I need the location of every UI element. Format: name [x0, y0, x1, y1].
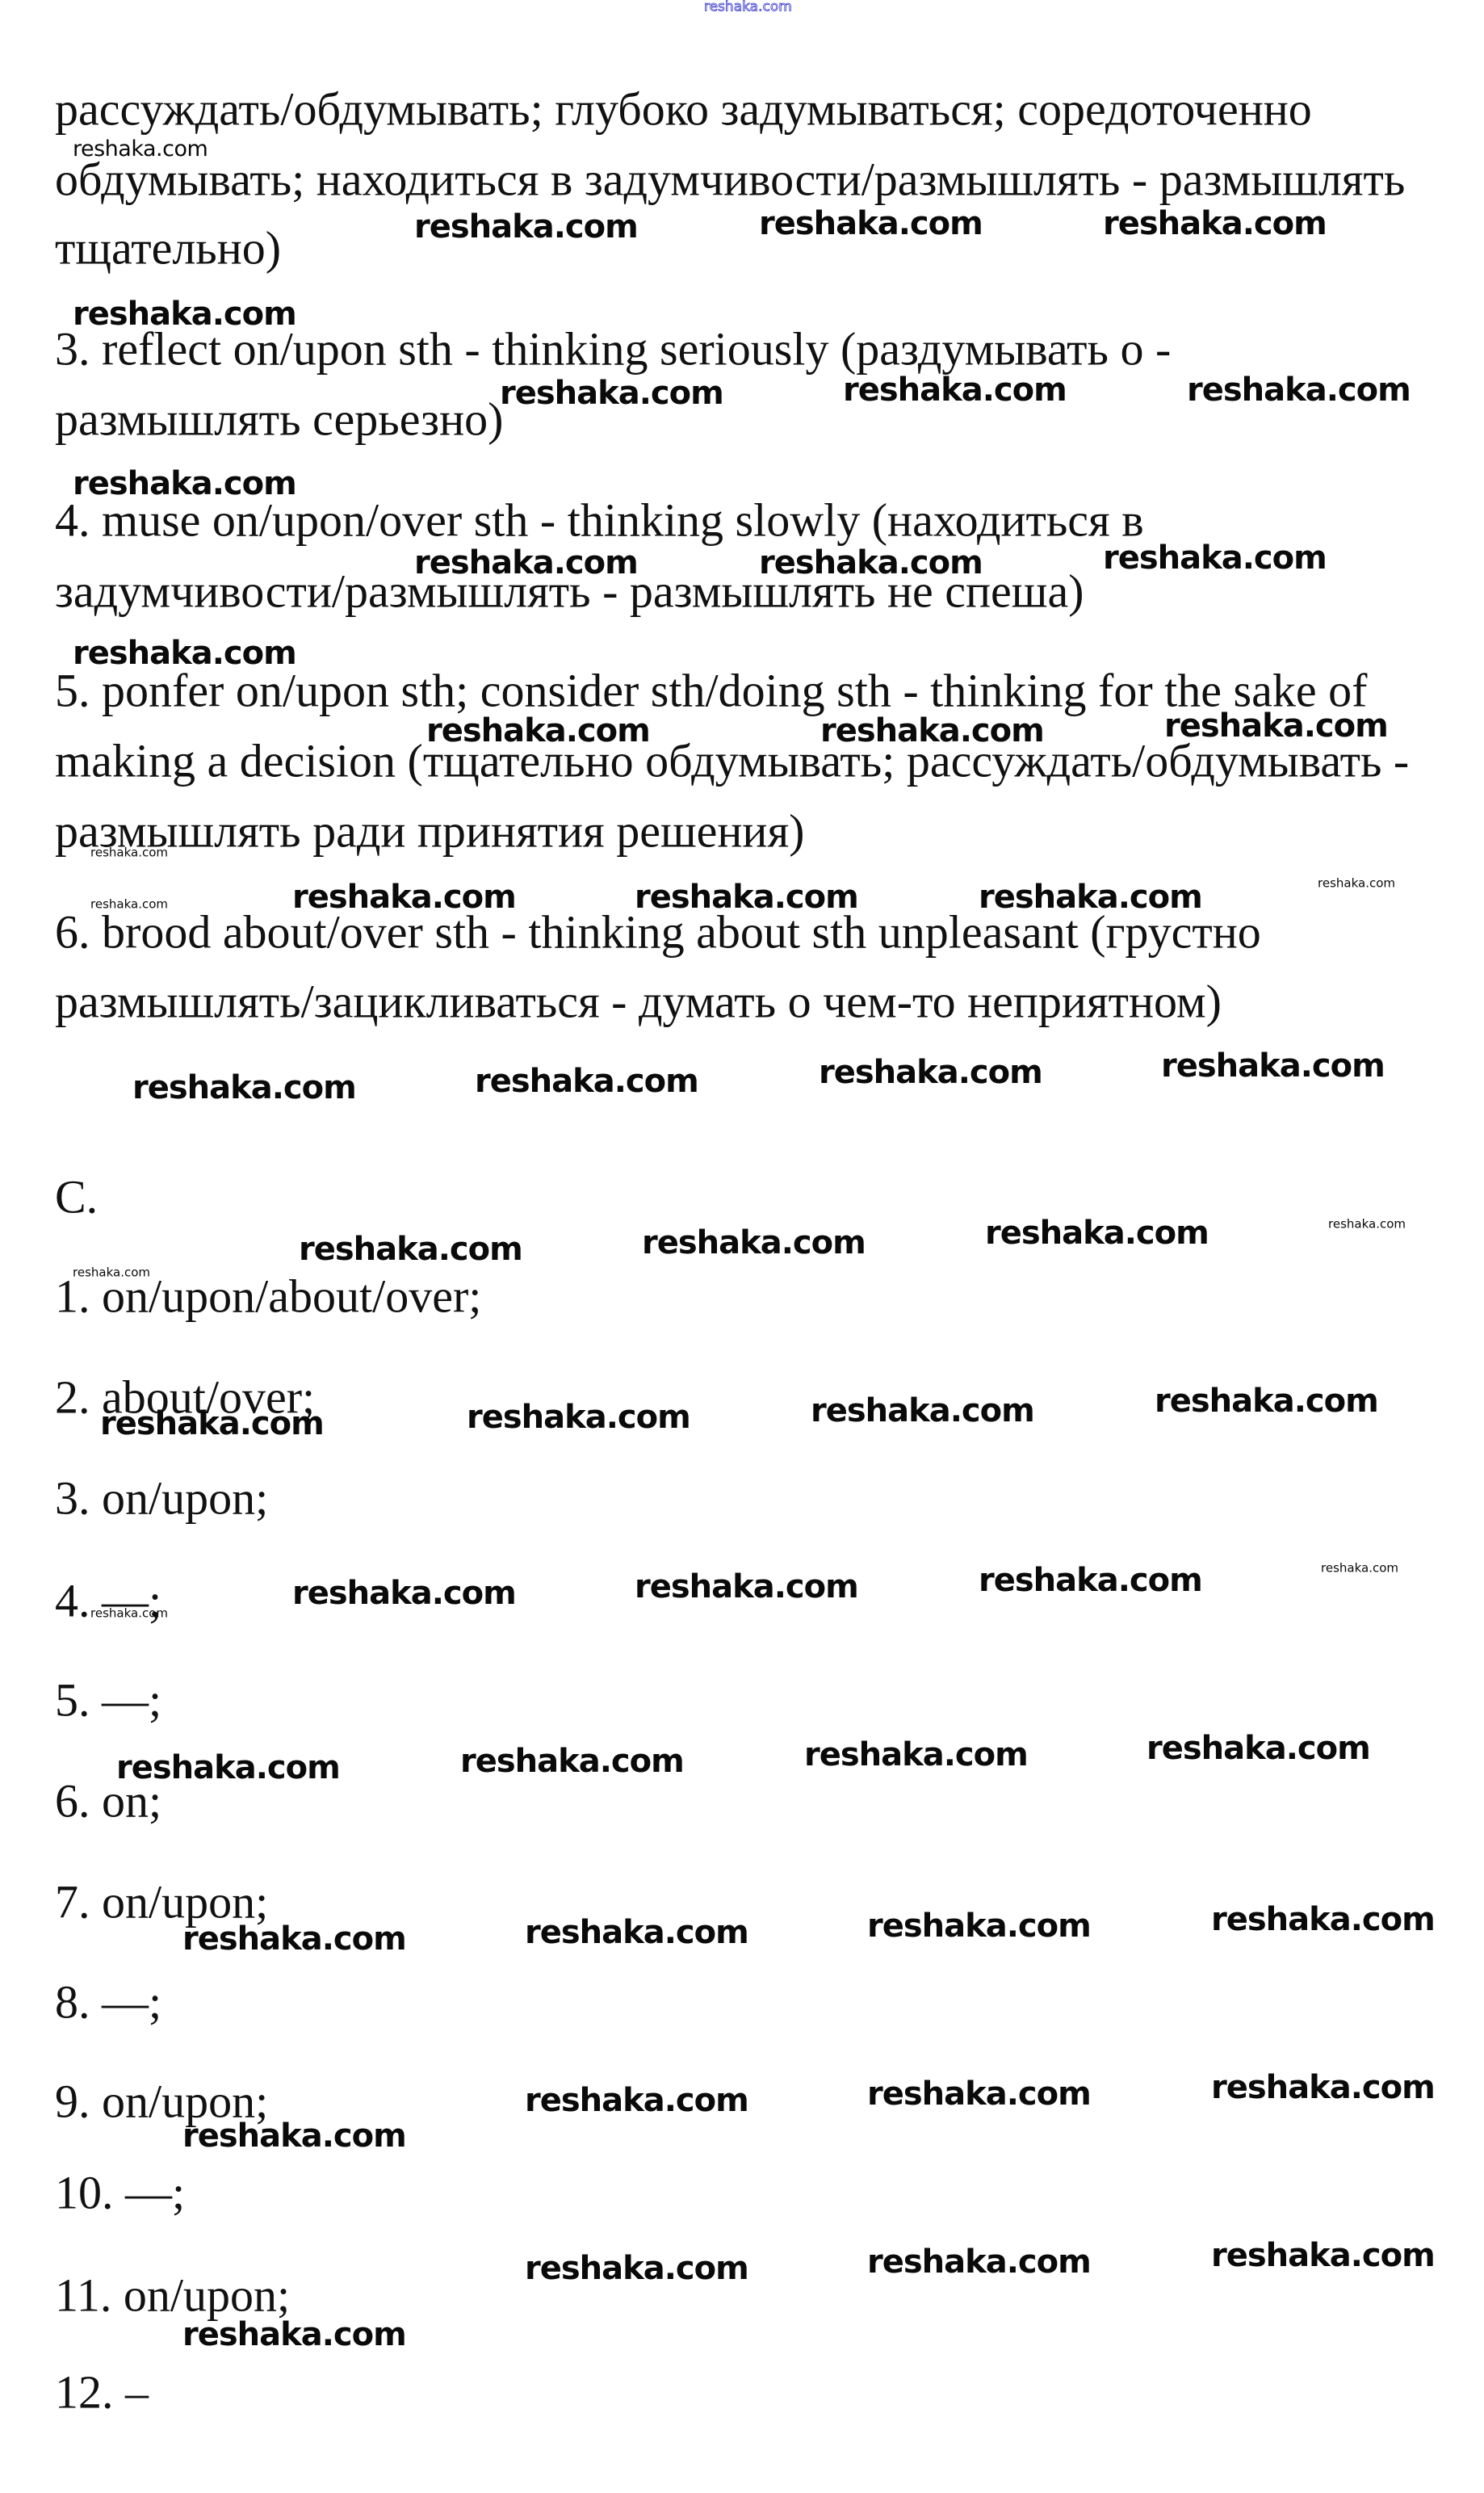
watermark: reshaka.com — [90, 898, 168, 910]
definition-item-3: 3. reflect on/upon sth - thinking seriou… — [55, 326, 1171, 373]
watermark: reshaka.com — [1155, 1385, 1378, 1417]
watermark: reshaka.com — [132, 1072, 356, 1104]
watermark: reshaka.com — [811, 1395, 1034, 1427]
watermark: reshaka.com — [1164, 710, 1388, 742]
watermark: reshaka.com — [525, 2084, 748, 2117]
watermark: reshaka.com — [635, 881, 858, 913]
watermark: reshaka.com — [642, 1227, 866, 1259]
watermark: reshaka.com — [182, 2120, 406, 2152]
watermark: reshaka.com — [1328, 1218, 1406, 1230]
definition-item-4: 4. muse on/upon/over sth - thinking slow… — [55, 497, 1144, 544]
watermark: reshaka.com — [1161, 1050, 1385, 1082]
watermark: reshaka.com — [475, 1065, 698, 1098]
answer-3: 3. on/upon; — [55, 1475, 268, 1522]
answer-8: 8. —; — [55, 1979, 161, 2026]
watermark: reshaka.com — [1318, 877, 1395, 889]
watermark: reshaka.com — [1147, 1732, 1370, 1765]
definition-item-3-cont: размышлять серьезно) — [55, 397, 503, 443]
watermark: reshaka.com — [426, 715, 650, 747]
continued-text-line: рассуждать/обдумывать; глубоко задумыват… — [55, 86, 1312, 133]
watermark: reshaka.com — [414, 547, 638, 579]
watermark: reshaka.com — [460, 1745, 684, 1777]
watermark: reshaka.com — [819, 1056, 1042, 1089]
answer-11: 11. on/upon; — [55, 2273, 290, 2319]
document-page: reshaka.com рассуждать/обдумывать; глубо… — [0, 0, 1484, 2493]
watermark: reshaka.com — [804, 1739, 1028, 1771]
answer-12: 12. – — [55, 2369, 149, 2416]
watermark: reshaka.com — [467, 1401, 690, 1433]
watermark: reshaka.com — [73, 637, 296, 669]
watermark: reshaka.com — [635, 1571, 858, 1603]
watermark: reshaka.com — [182, 2319, 406, 2351]
continued-text-line: обдумывать; находиться в задумчивости/ра… — [55, 157, 1405, 204]
watermark: reshaka.com — [100, 1408, 324, 1440]
watermark: reshaka.com — [500, 377, 723, 409]
watermark: reshaka.com — [979, 881, 1202, 913]
watermark: reshaka.com — [292, 1577, 516, 1610]
watermark: reshaka.com — [1103, 208, 1327, 240]
definition-item-5-cont: making a decision (тщательно обдумывать;… — [55, 738, 1409, 785]
watermark: reshaka.com — [1103, 542, 1327, 574]
watermark: reshaka.com — [867, 1910, 1091, 1942]
watermark: reshaka.com — [73, 468, 296, 500]
answer-1: 1. on/upon/about/over; — [55, 1274, 481, 1320]
watermark: reshaka.com — [73, 298, 296, 330]
header-watermark: reshaka.com — [704, 1, 792, 15]
watermark: reshaka.com — [843, 374, 1067, 406]
watermark: reshaka.com — [985, 1217, 1209, 1249]
watermark: reshaka.com — [1321, 1562, 1398, 1574]
definition-item-6: 6. brood about/over sth - thinking about… — [55, 909, 1261, 956]
watermark: reshaka.com — [1211, 2239, 1435, 2272]
answer-5: 5. —; — [55, 1677, 161, 1724]
answer-10: 10. —; — [55, 2170, 185, 2217]
watermark: reshaka.com — [116, 1752, 340, 1784]
watermark: reshaka.com — [414, 211, 638, 243]
watermark: reshaka.com — [525, 1916, 748, 1949]
watermark: reshaka.com — [867, 2246, 1091, 2278]
watermark: reshaka.com — [90, 846, 168, 858]
watermark: reshaka.com — [292, 881, 516, 913]
watermark: reshaka.com — [73, 138, 208, 160]
watermark: reshaka.com — [759, 208, 983, 240]
watermark: reshaka.com — [299, 1233, 522, 1265]
section-c-heading: C. — [55, 1174, 98, 1221]
answer-7: 7. on/upon; — [55, 1879, 268, 1926]
watermark: reshaka.com — [525, 2252, 748, 2285]
definition-item-6-cont: размышлять/зацикливаться - думать о чем-… — [55, 979, 1222, 1026]
watermark: reshaka.com — [1211, 1903, 1435, 1936]
watermark: reshaka.com — [90, 1607, 168, 1619]
watermark: reshaka.com — [1187, 374, 1411, 406]
watermark: reshaka.com — [867, 2078, 1091, 2110]
watermark: reshaka.com — [979, 1564, 1202, 1597]
watermark: reshaka.com — [759, 547, 983, 579]
watermark: reshaka.com — [820, 715, 1044, 747]
watermark: reshaka.com — [182, 1923, 406, 1955]
watermark: reshaka.com — [1211, 2071, 1435, 2104]
continued-text-line: тщательно) — [55, 225, 281, 272]
watermark: reshaka.com — [73, 1266, 150, 1278]
